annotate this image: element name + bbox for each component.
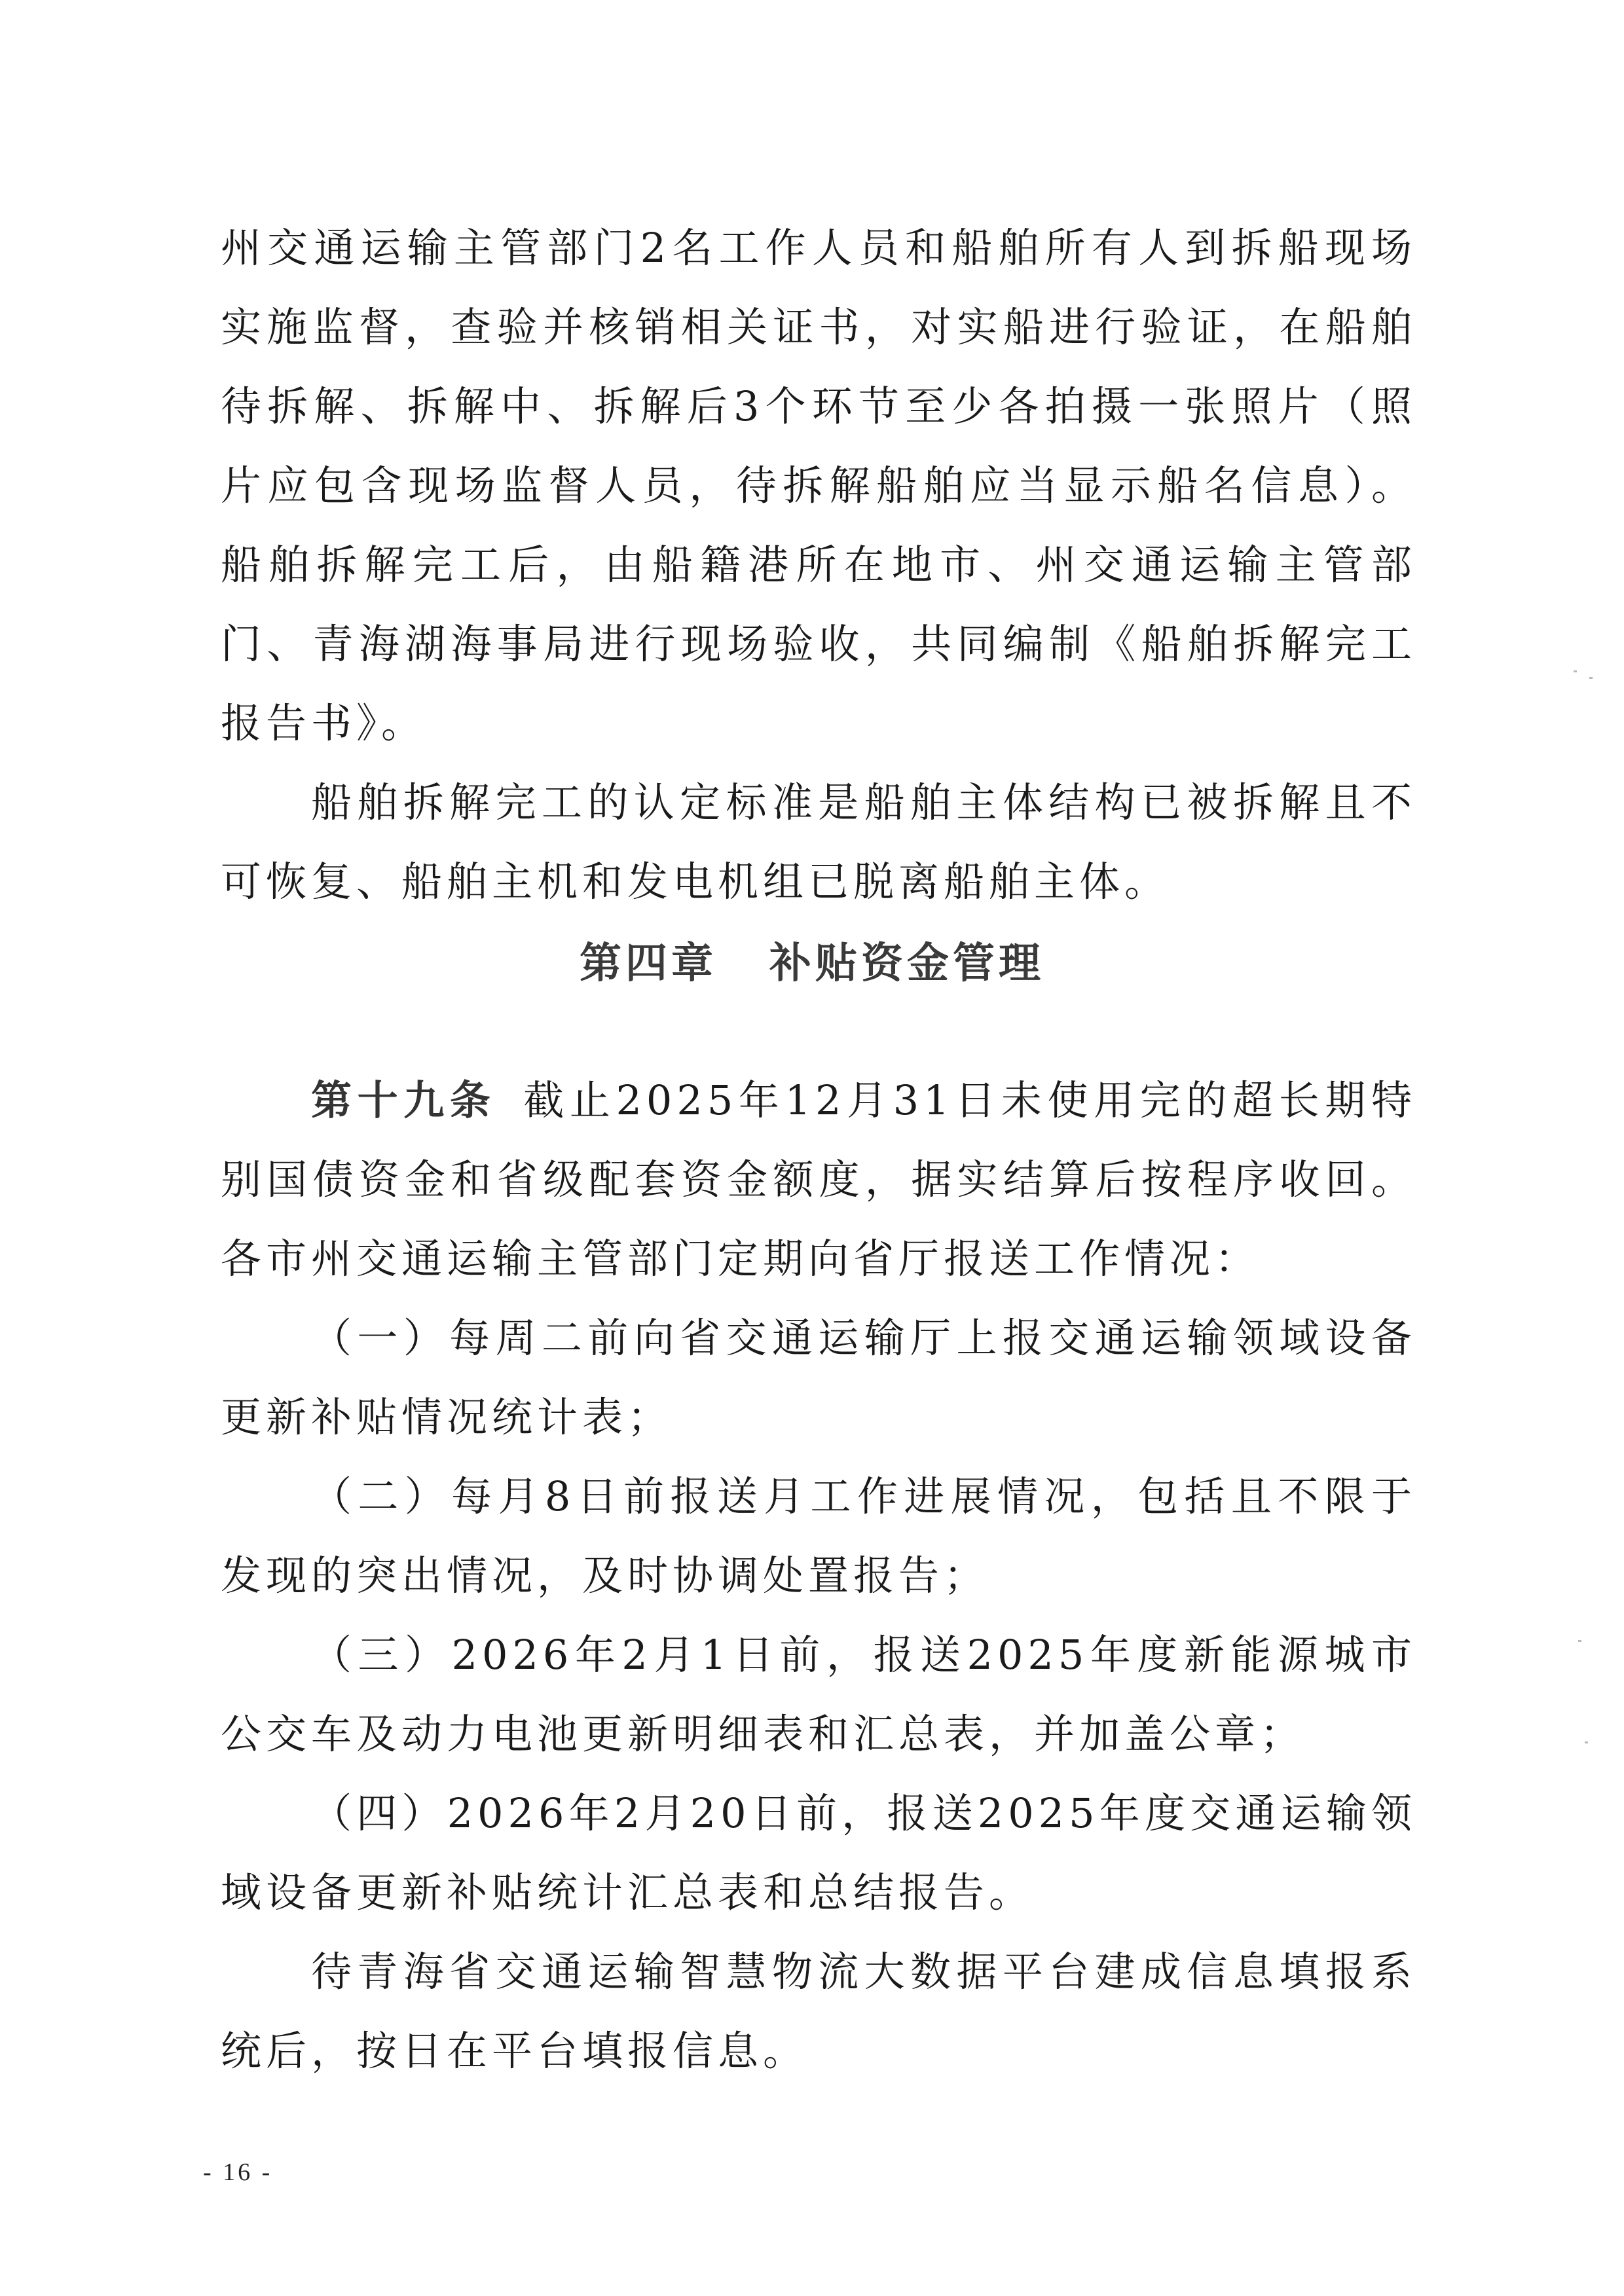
- list-item-4: （四）2026年2月20日前，报送2025年度交通运输领域设备更新补贴统计汇总表…: [221, 1774, 1416, 1932]
- list-item-1: （一）每周二前向省交通运输厅上报交通运输领域设备更新补贴情况统计表；: [221, 1298, 1416, 1457]
- chapter-heading: 第四章补贴资金管理: [0, 938, 1624, 990]
- article-19: 第十九条截止2025年12月31日未使用完的超长期特别国债资金和省级配套资金额度…: [221, 1061, 1416, 2090]
- scan-speck: [1589, 677, 1593, 679]
- section-top: 州交通运输主管部门2名工作人员和船舶所有人到拆船现场实施监督，查验并核销相关证书…: [221, 208, 1416, 921]
- article-19-intro: 第十九条截止2025年12月31日未使用完的超长期特别国债资金和省级配套资金额度…: [221, 1061, 1416, 1298]
- paragraph-continuation: 州交通运输主管部门2名工作人员和船舶所有人到拆船现场实施监督，查验并核销相关证书…: [221, 208, 1416, 763]
- paragraph-completion-standard: 船舶拆解完工的认定标准是船舶主体结构已被拆解且不可恢复、船舶主机和发电机组已脱离…: [221, 763, 1416, 921]
- article-label: 第十九条: [311, 1076, 496, 1124]
- scan-speck: [1578, 1640, 1581, 1642]
- document-page: 州交通运输主管部门2名工作人员和船舶所有人到拆船现场实施监督，查验并核销相关证书…: [0, 0, 1624, 2296]
- chapter-title-text: 补贴资金管理: [769, 939, 1044, 988]
- chapter-number: 第四章: [580, 939, 717, 988]
- scan-speck: [1585, 1741, 1588, 1743]
- closing-paragraph: 待青海省交通运输智慧物流大数据平台建成信息填报系统后，按日在平台填报信息。: [221, 1932, 1416, 2090]
- list-item-3: （三）2026年2月1日前，报送2025年度新能源城市公交车及动力电池更新明细表…: [221, 1615, 1416, 1774]
- list-item-2: （二）每月8日前报送月工作进展情况，包括且不限于发现的突出情况，及时协调处置报告…: [221, 1457, 1416, 1615]
- page-number: - 16 -: [203, 2156, 272, 2189]
- scan-speck: [1574, 670, 1577, 672]
